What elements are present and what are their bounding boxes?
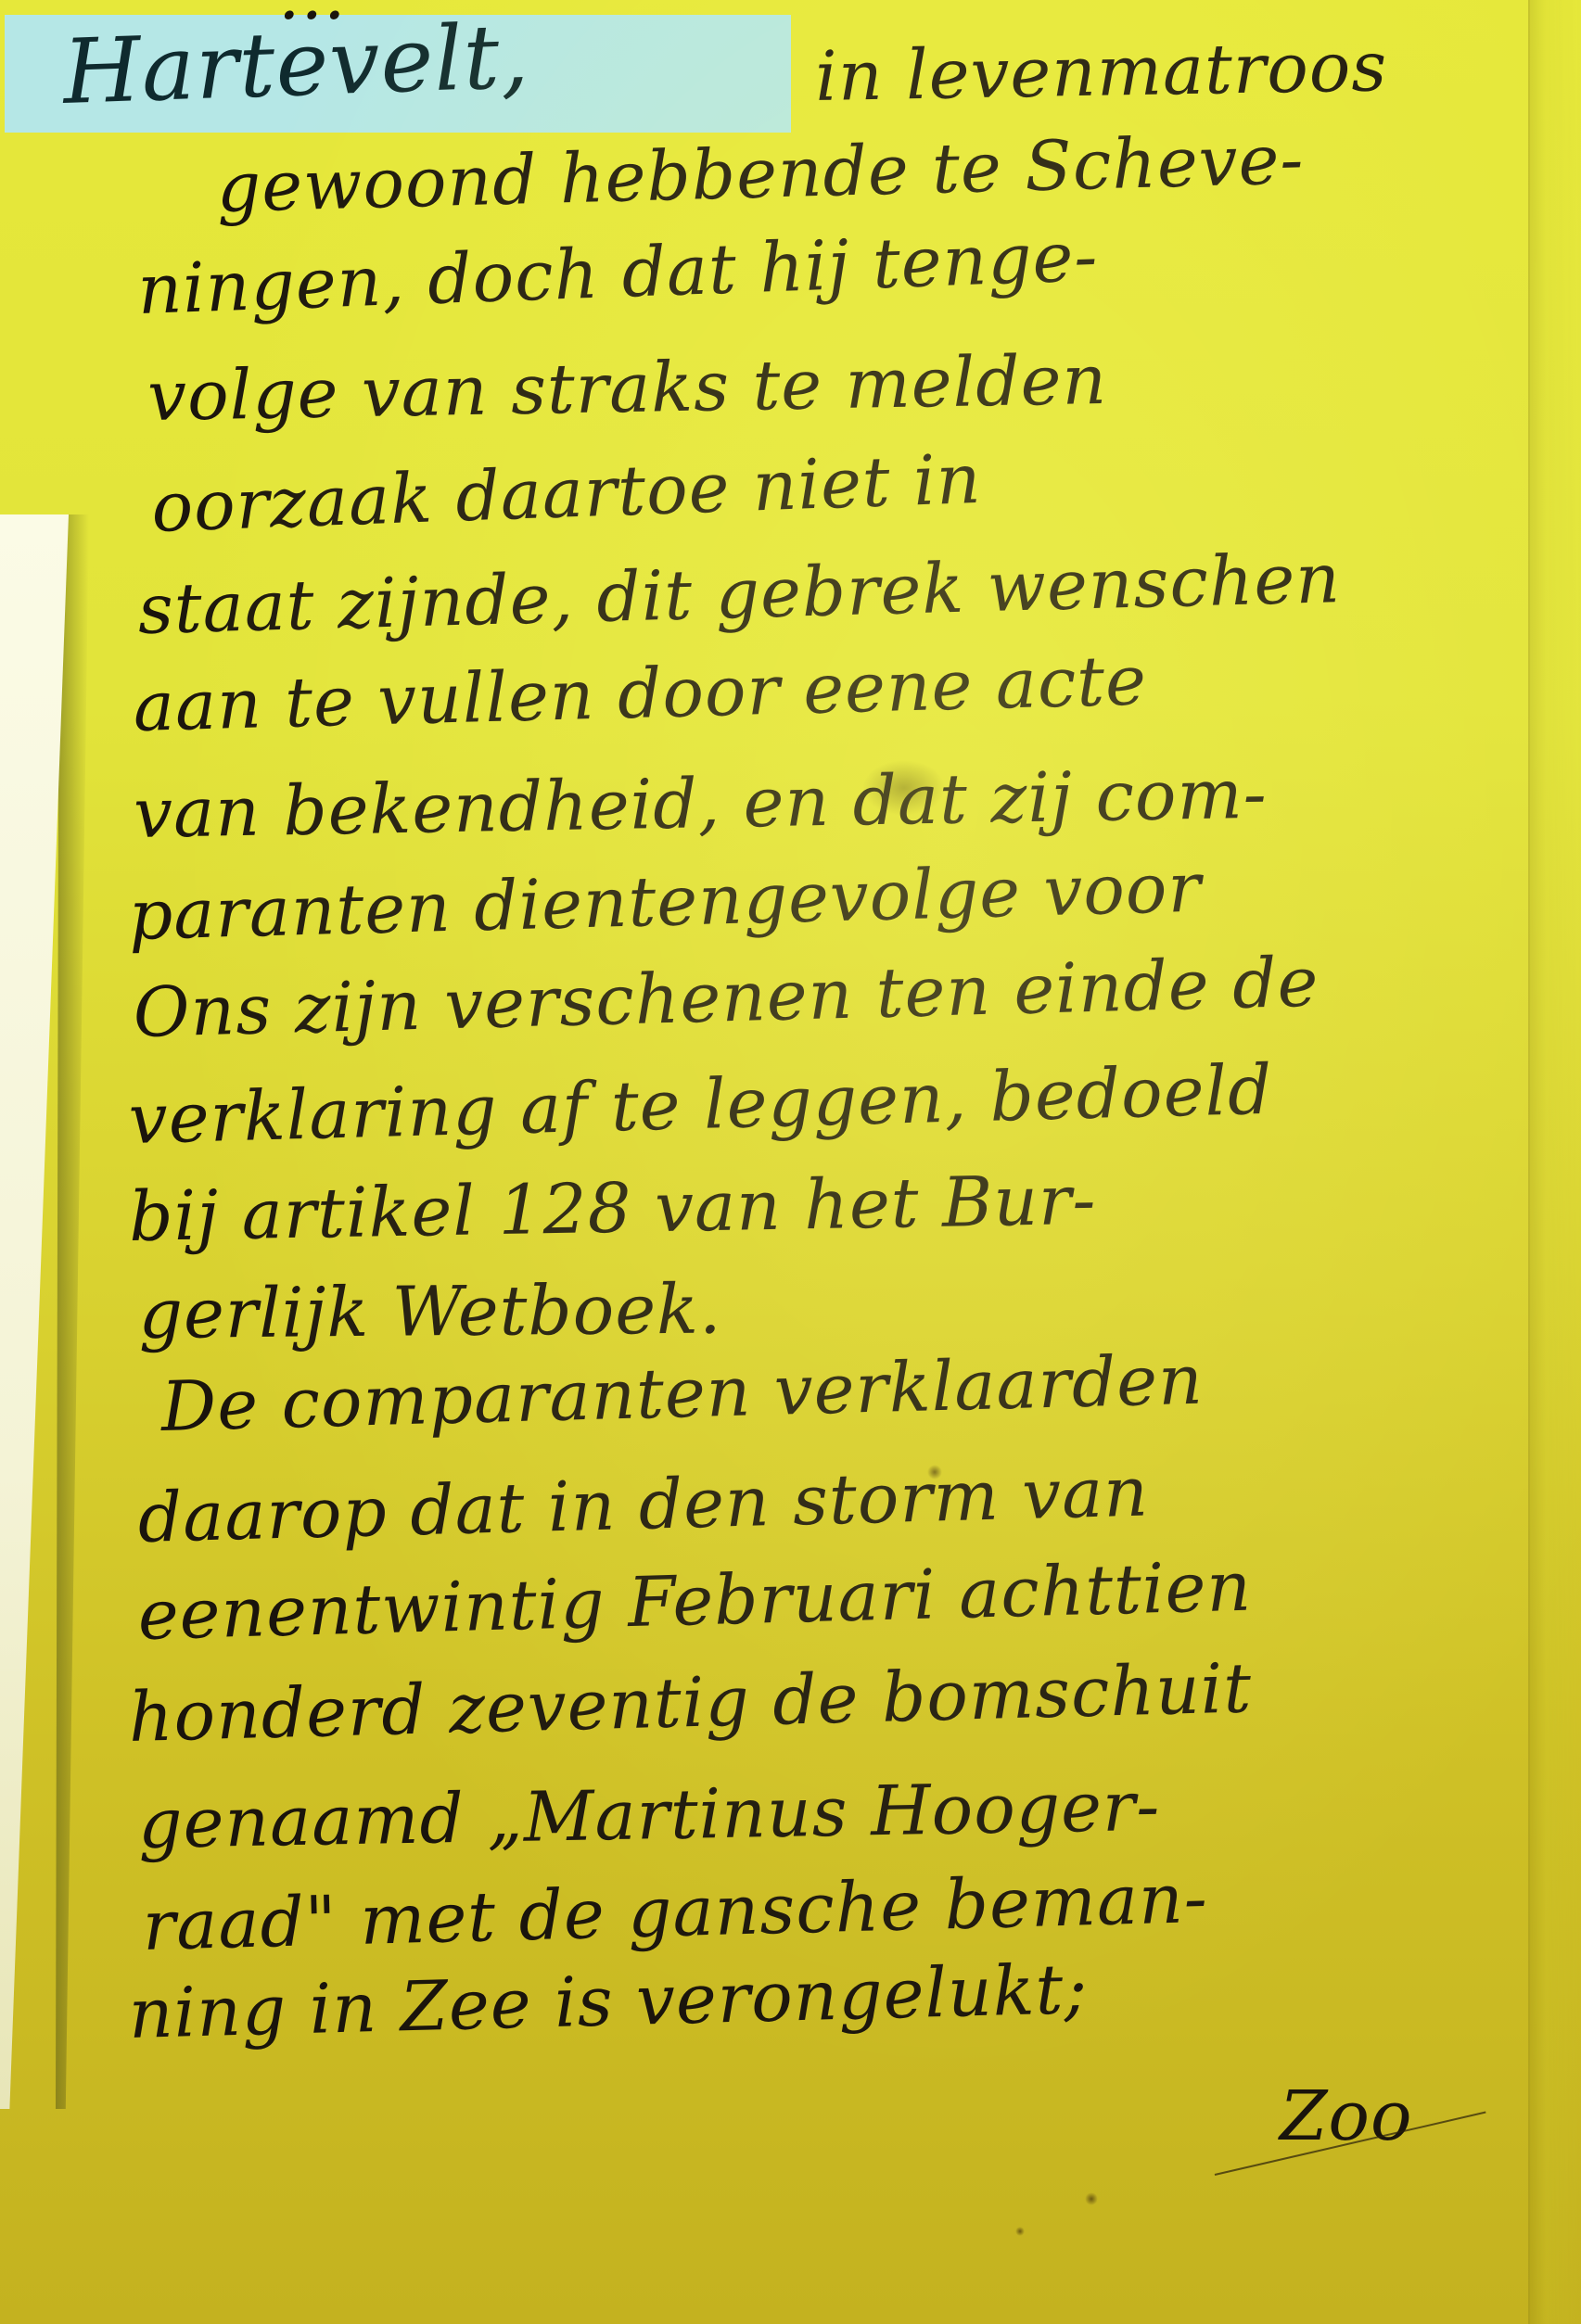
text-line: gewoond hebbende te Scheve- [216, 120, 1306, 228]
text-line: daarop dat in den storm van [137, 1452, 1150, 1558]
text-line: oorzaak daartoe niet in [150, 439, 983, 548]
text-line: in levenmatroos [814, 27, 1387, 117]
text-line: verklaring af te leggen, bedoeld [128, 1050, 1274, 1160]
text-line: ningen, doch dat hij tenge- [136, 217, 1100, 330]
loose-sheet-shadow [56, 514, 89, 2109]
text-line: ning in Zee is verongelukt; [128, 1949, 1090, 2054]
text-line: eenentwintig Februari achttien [137, 1547, 1253, 1656]
page-fold [1528, 0, 1581, 2324]
text-line: genaamd „Martinus Hooger- [137, 1767, 1160, 1864]
text-line: gerlijk Wetboek. [138, 1270, 722, 1354]
text-line: staat zijnde, dit gebrek wenschen [137, 539, 1342, 650]
text-line: van bekendheid, en dat zij com- [133, 755, 1268, 854]
text-line: paranten dientengevolge voor [128, 848, 1203, 956]
text-line: aan te vullen door eene acte [133, 641, 1148, 747]
text-line: honderd zeventig de bomschuit [128, 1648, 1253, 1758]
text-line: bij artikel 128 van het Bur- [128, 1161, 1097, 1257]
text-line: De comparanten verklaarden [160, 1340, 1205, 1447]
highlighted-name: Hartevelt, [61, 5, 531, 124]
ink-spot [1015, 2227, 1025, 2236]
document-page: ... Hartevelt, in levenmatroos gewoond h… [0, 0, 1581, 2324]
text-line: Ons zijn verschenen ten einde de [133, 943, 1320, 1053]
text-line: volge van straks te melden [147, 340, 1107, 437]
ink-spot [1085, 2192, 1098, 2205]
